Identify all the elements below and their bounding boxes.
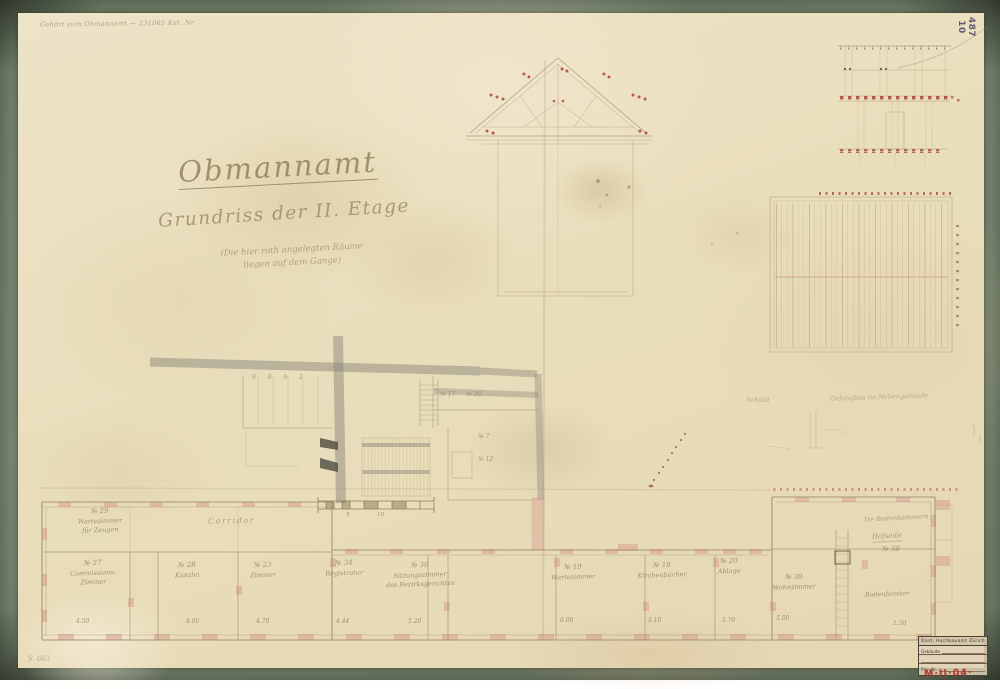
corridor-label: Corridor [208, 515, 288, 525]
room-label: № 27 Commissions- Zimmer [61, 557, 124, 589]
room-label: № 39 Wohnzimmer [766, 571, 823, 593]
dimension: 4.00 [186, 618, 199, 625]
pencil-note-left: Schnitt [746, 396, 770, 404]
plan-drawing [0, 0, 1000, 689]
foxing-spots [596, 179, 738, 245]
scale-number: 5 [346, 512, 350, 518]
dimension: 4.50 [76, 618, 89, 625]
dimension: 4.70 [256, 618, 269, 625]
archive-number-bottom-left: S. 663 [28, 655, 50, 663]
dimension: 5.20 [408, 618, 421, 625]
room-number: № 7 [478, 433, 489, 440]
room-number: № 17 [440, 391, 455, 398]
dimension: 4.44 [336, 618, 349, 625]
scale-bar [318, 497, 434, 513]
cell-numbers: 9 8 6 2 [252, 374, 303, 381]
middle-floor-plan [150, 336, 542, 503]
stamp-office-name: Kant. Hochbauamt Zürich [919, 637, 987, 646]
red-dotted-line [649, 433, 687, 488]
roof-joint-red-dots [486, 68, 648, 135]
stamp-blank-line [921, 656, 985, 663]
beam-ceiling-plan [770, 192, 960, 491]
room-label: № 20 Ablage [706, 555, 753, 577]
room-label: № 28 Kanzlei [162, 559, 213, 581]
stamp-blank-line [942, 647, 985, 654]
right-block-subheader: Hofseite [872, 531, 902, 543]
dimension: 6.00 [560, 617, 573, 624]
room-label: № 19 Wartezimmer [542, 561, 605, 583]
room-number: № 38 [876, 543, 906, 555]
room-label: № 34 Registratur [316, 557, 373, 579]
room-number: № 26 [466, 391, 481, 398]
scale-number: 10 [377, 512, 384, 518]
archive-stamp-box: Kant. Hochbauamt Zürich Gebäude Plan Nr.… [918, 636, 988, 676]
dimension: 5.10 [648, 617, 661, 624]
dimension: 1.50 [893, 620, 906, 627]
roof-truss-section [466, 58, 652, 296]
corner-inventory-number: 487 10 [946, 10, 976, 44]
room-label: № 18 Kirchenbücher [630, 559, 695, 581]
stamp-field-label: Gebäude [921, 649, 940, 654]
gable-cross-section [838, 46, 960, 166]
beam-end-red-row [838, 96, 950, 100]
beam-end-red-row [840, 149, 944, 153]
red-plan-number-stamp: M·II·04· [924, 667, 973, 680]
room-label: № 29 Wartezimmer für Zeugen [69, 505, 130, 537]
room-label: № 30 Sitzungszimmer des Bezirksgerichtes [378, 559, 463, 592]
chimney-pink [532, 498, 544, 550]
dimension: 5.70 [722, 617, 735, 624]
scanned-plan-sheet: Gehört zum Obmannamt — 231065 Kat. Nr. 4… [0, 0, 1000, 689]
room-label: № 23 Zimmer [238, 559, 289, 581]
stair-treads [420, 385, 438, 420]
dimension: 5.00 [776, 615, 789, 622]
room-number: № 12 [478, 456, 493, 463]
